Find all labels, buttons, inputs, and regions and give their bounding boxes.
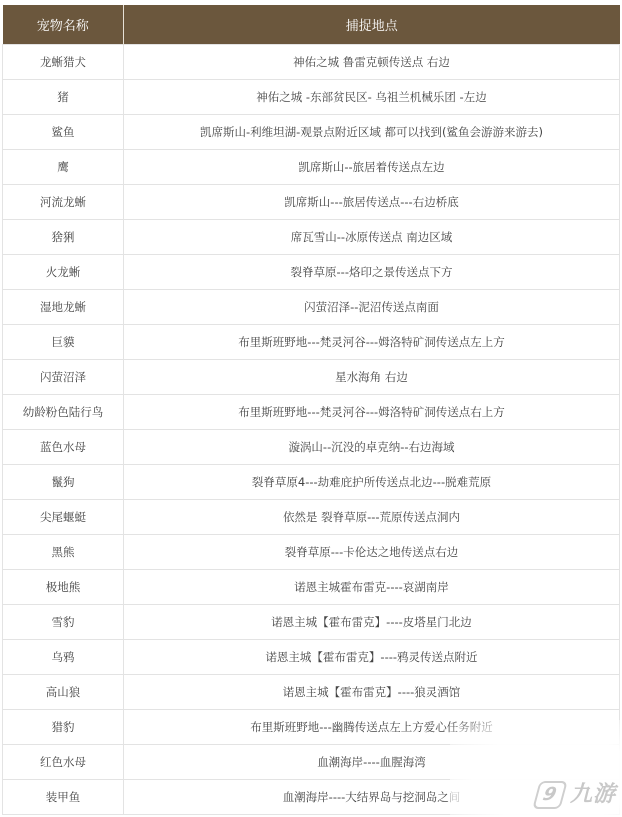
capture-location-cell: 星水海角 右边 — [124, 360, 620, 395]
table-header-row: 宠物名称 捕捉地点 — [3, 5, 620, 45]
capture-location-cell: 依然是 裂脊草原---荒原传送点洞内 — [124, 500, 620, 535]
table-row: 鲨鱼凯席斯山-利维坦湖-观景点附近区域 都可以找到(鲨鱼会游游来游去) — [3, 115, 620, 150]
capture-location-cell: 裂脊草原---卡伦达之地传送点右边 — [124, 535, 620, 570]
table-row: 猞猁席瓦雪山--冰原传送点 南边区域 — [3, 220, 620, 255]
pet-name-cell: 尖尾蝘蜓 — [3, 500, 124, 535]
table-row: 湿地龙蜥闪萤沼泽--泥沼传送点南面 — [3, 290, 620, 325]
table-row: 雪豹诺恩主城【霍布雷克】----皮塔星门北边 — [3, 605, 620, 640]
pet-name-cell: 闪萤沼泽 — [3, 360, 124, 395]
capture-location-cell: 凯席斯山-利维坦湖-观景点附近区域 都可以找到(鲨鱼会游游来游去) — [124, 115, 620, 150]
table-row: 尖尾蝘蜓依然是 裂脊草原---荒原传送点洞内 — [3, 500, 620, 535]
capture-location-cell: 神佑之城 -东部贫民区- 乌祖兰机械乐团 -左边 — [124, 80, 620, 115]
capture-location-cell: 诺恩主城【霍布雷克】----狼灵酒馆 — [124, 675, 620, 710]
capture-location-cell: 神佑之城 鲁雷克顿传送点 右边 — [124, 45, 620, 80]
pet-name-cell: 猪 — [3, 80, 124, 115]
pet-name-cell: 黑熊 — [3, 535, 124, 570]
table-row: 黑熊裂脊草原---卡伦达之地传送点右边 — [3, 535, 620, 570]
table-row: 河流龙蜥凯席斯山---旅居传送点---右边桥底 — [3, 185, 620, 220]
capture-location-cell: 布里斯班野地---梵灵河谷---姆洛特矿洞传送点左上方 — [124, 325, 620, 360]
pet-name-cell: 蓝色水母 — [3, 430, 124, 465]
capture-location-cell: 席瓦雪山--冰原传送点 南边区域 — [124, 220, 620, 255]
pet-name-cell: 湿地龙蜥 — [3, 290, 124, 325]
pet-name-cell: 鬣狗 — [3, 465, 124, 500]
capture-location-cell: 布里斯班野地---梵灵河谷---姆洛特矿洞传送点右上方 — [124, 395, 620, 430]
capture-location-cell: 裂脊草原---烙印之景传送点下方 — [124, 255, 620, 290]
capture-location-cell: 诺恩主城霍布雷克----哀湖南岸 — [124, 570, 620, 605]
table-row: 鹰凯席斯山--旅居着传送点左边 — [3, 150, 620, 185]
table-row: 闪萤沼泽星水海角 右边 — [3, 360, 620, 395]
pet-name-cell: 极地熊 — [3, 570, 124, 605]
table-row: 巨貘布里斯班野地---梵灵河谷---姆洛特矿洞传送点左上方 — [3, 325, 620, 360]
table-row: 猪神佑之城 -东部贫民区- 乌祖兰机械乐团 -左边 — [3, 80, 620, 115]
capture-location-cell: 诺恩主城【霍布雷克】----鸦灵传送点附近 — [124, 640, 620, 675]
capture-location-cell: 裂脊草原4---劫难庇护所传送点北边---脱难荒原 — [124, 465, 620, 500]
pet-name-cell: 乌鸦 — [3, 640, 124, 675]
pet-name-cell: 猎豹 — [3, 710, 124, 745]
header-capture-location: 捕捉地点 — [124, 5, 620, 45]
table-row: 龙蜥猎犬神佑之城 鲁雷克顿传送点 右边 — [3, 45, 620, 80]
capture-location-cell: 凯席斯山--旅居着传送点左边 — [124, 150, 620, 185]
pet-capture-table: 宠物名称 捕捉地点 龙蜥猎犬神佑之城 鲁雷克顿传送点 右边猪神佑之城 -东部贫民… — [2, 5, 620, 815]
table-row: 高山狼诺恩主城【霍布雷克】----狼灵酒馆 — [3, 675, 620, 710]
capture-location-cell: 凯席斯山---旅居传送点---右边桥底 — [124, 185, 620, 220]
table-row: 幼龄粉色陆行鸟布里斯班野地---梵灵河谷---姆洛特矿洞传送点右上方 — [3, 395, 620, 430]
header-pet-name: 宠物名称 — [3, 5, 124, 45]
watermark-text: 九游 — [570, 782, 616, 807]
capture-location-cell: 闪萤沼泽--泥沼传送点南面 — [124, 290, 620, 325]
watermark: 9九游 — [450, 720, 622, 817]
pet-name-cell: 鲨鱼 — [3, 115, 124, 150]
jiuyou-logo-icon: 9 — [532, 781, 568, 809]
table-row: 火龙蜥裂脊草原---烙印之景传送点下方 — [3, 255, 620, 290]
watermark-logo: 9九游 — [536, 777, 616, 809]
capture-location-cell: 漩涡山--沉没的卓克纳--右边海域 — [124, 430, 620, 465]
pet-name-cell: 火龙蜥 — [3, 255, 124, 290]
pet-name-cell: 龙蜥猎犬 — [3, 45, 124, 80]
table-row: 鬣狗裂脊草原4---劫难庇护所传送点北边---脱难荒原 — [3, 465, 620, 500]
pet-name-cell: 雪豹 — [3, 605, 124, 640]
pet-name-cell: 高山狼 — [3, 675, 124, 710]
capture-location-cell: 诺恩主城【霍布雷克】----皮塔星门北边 — [124, 605, 620, 640]
pet-name-cell: 装甲鱼 — [3, 780, 124, 815]
table-row: 极地熊诺恩主城霍布雷克----哀湖南岸 — [3, 570, 620, 605]
table-row: 乌鸦诺恩主城【霍布雷克】----鸦灵传送点附近 — [3, 640, 620, 675]
pet-name-cell: 幼龄粉色陆行鸟 — [3, 395, 124, 430]
pet-name-cell: 河流龙蜥 — [3, 185, 124, 220]
pet-name-cell: 巨貘 — [3, 325, 124, 360]
pet-name-cell: 红色水母 — [3, 745, 124, 780]
pet-name-cell: 猞猁 — [3, 220, 124, 255]
pet-name-cell: 鹰 — [3, 150, 124, 185]
table-row: 蓝色水母漩涡山--沉没的卓克纳--右边海域 — [3, 430, 620, 465]
